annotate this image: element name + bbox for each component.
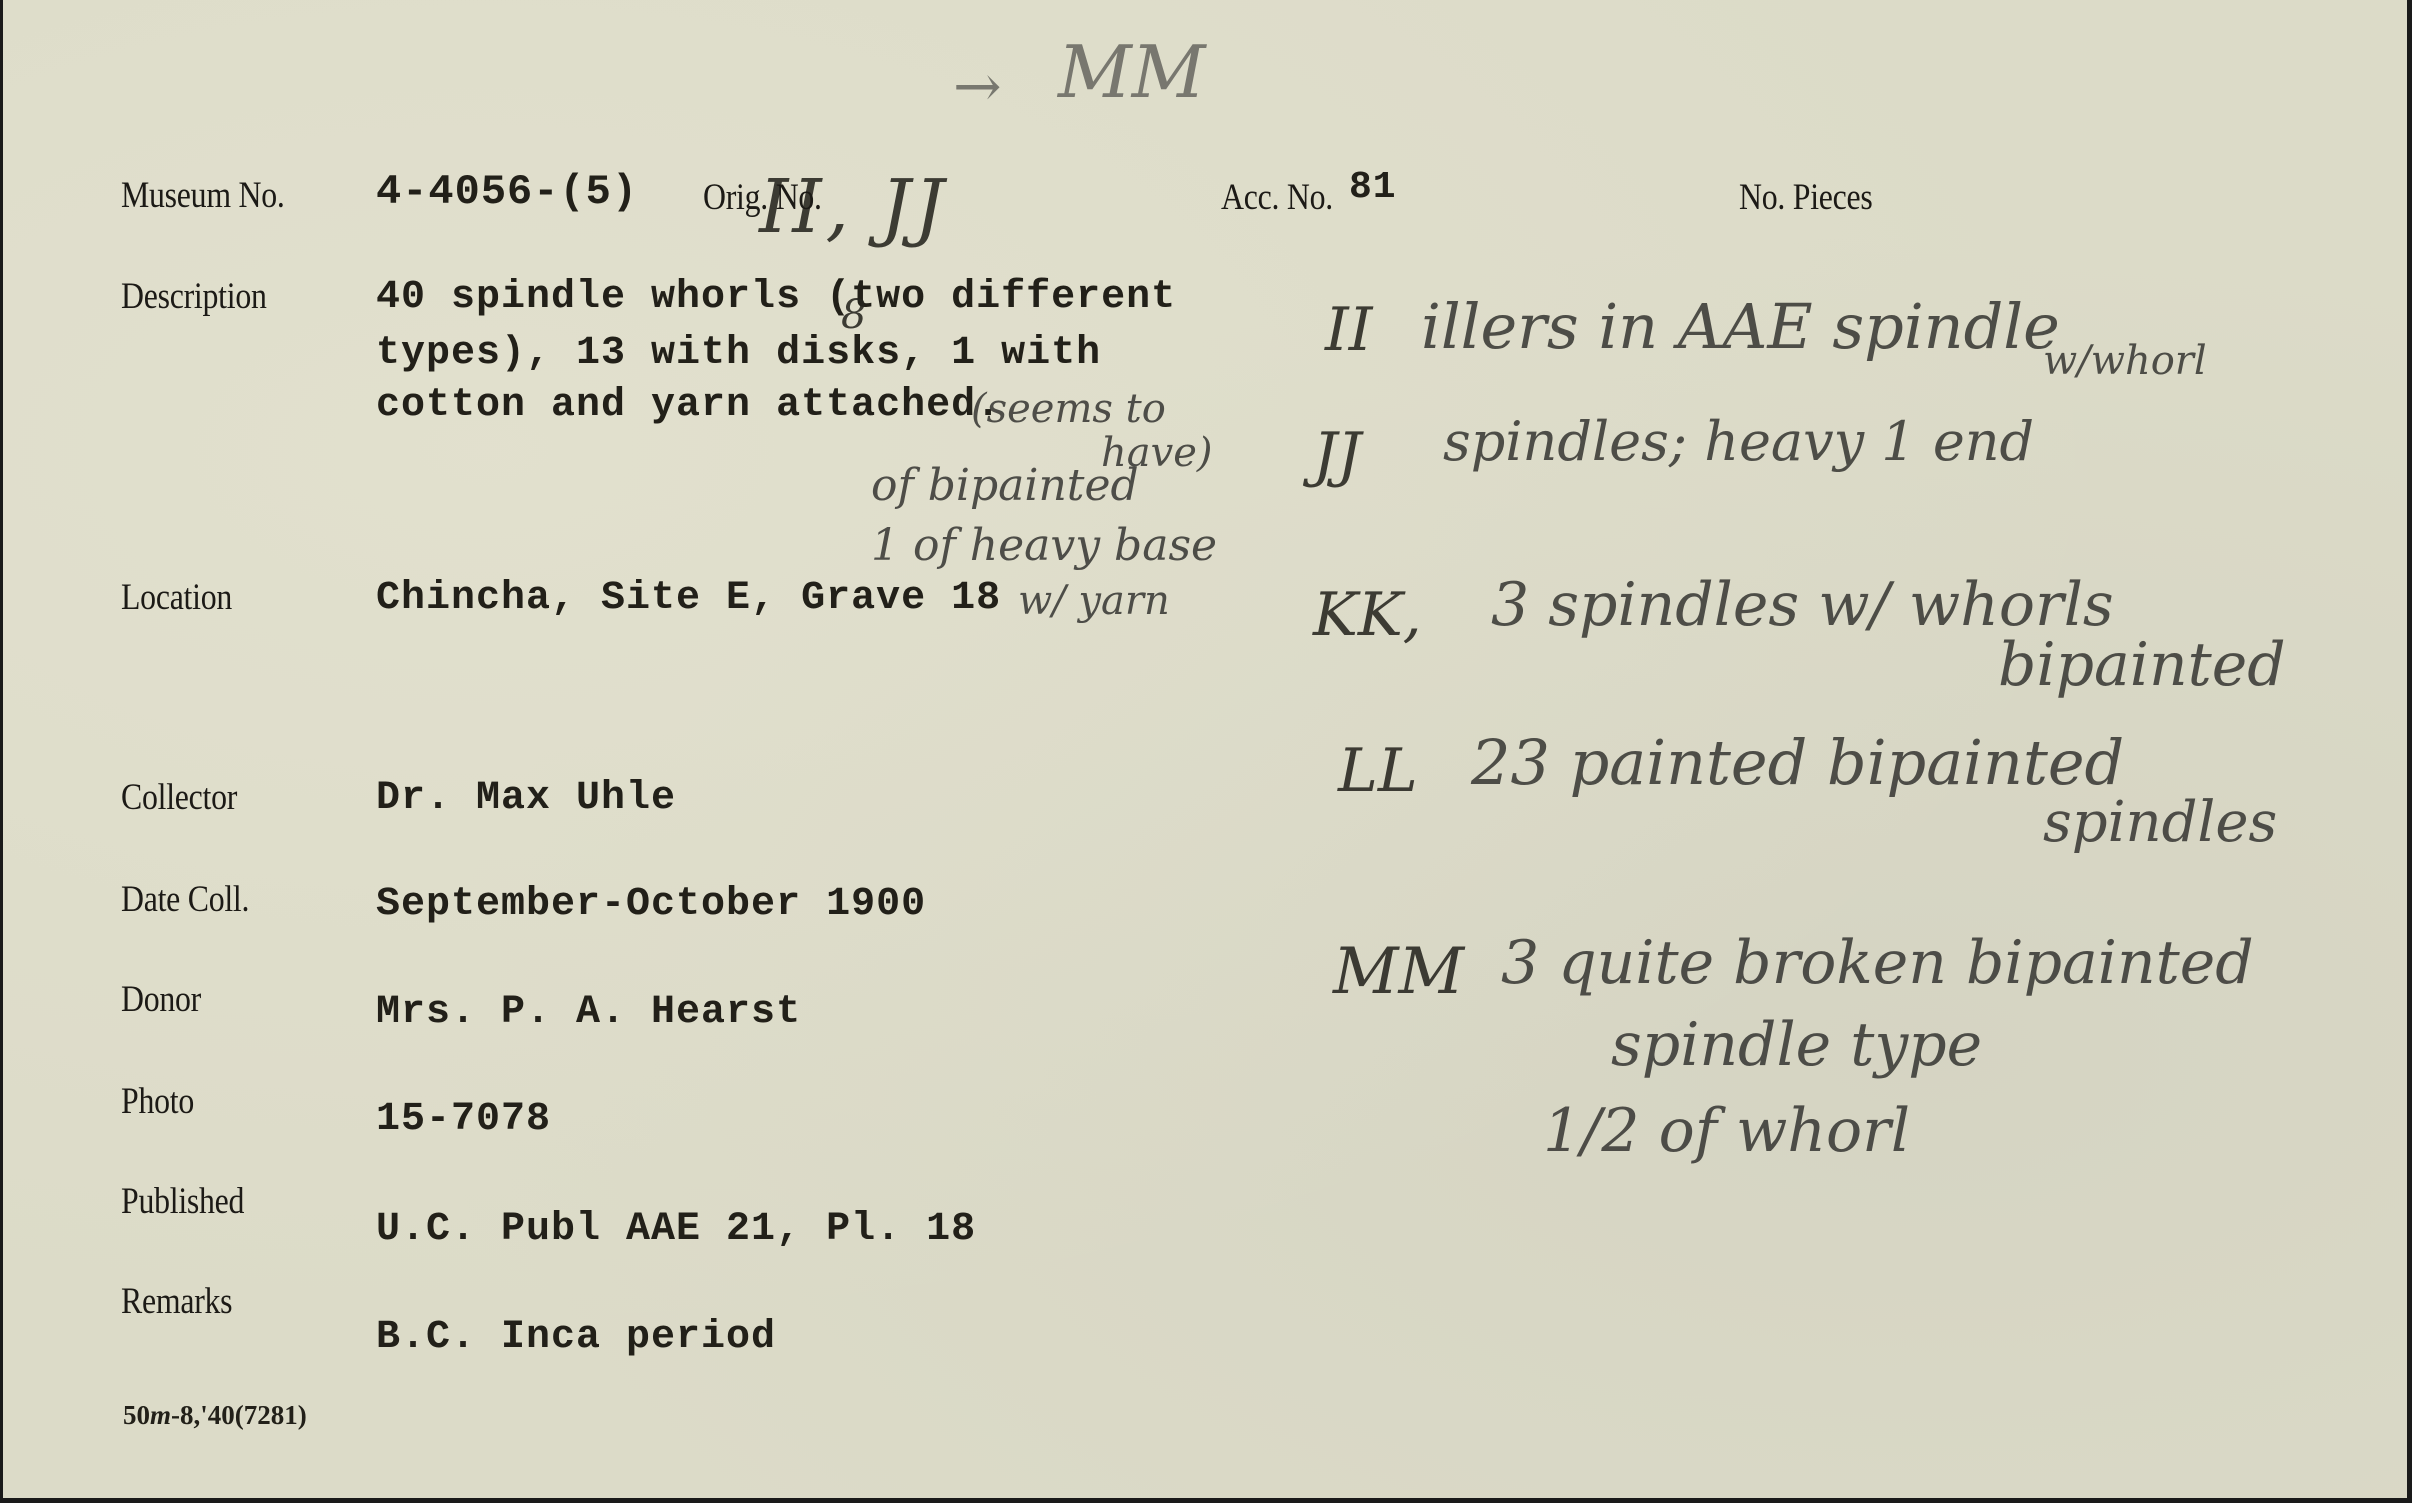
- published-label: Published: [121, 1180, 244, 1223]
- no-pieces-label: No. Pieces: [1739, 176, 1873, 219]
- remarks-label: Remarks: [121, 1280, 232, 1323]
- description-correction: 8: [841, 292, 866, 338]
- note-ll-line2: spindles: [2043, 790, 2277, 855]
- print-code-suffix: -8,'40(7281): [171, 1400, 307, 1430]
- note-mm-line1: 3 quite broken bipainted: [1501, 928, 2254, 998]
- description-label: Description: [121, 275, 267, 318]
- note-mm-code: MM: [1333, 935, 1464, 1009]
- collector-value: Dr. Max Uhle: [376, 776, 676, 821]
- print-code-m: m: [150, 1400, 171, 1430]
- margin-note-seems-to: (seems to: [971, 386, 1166, 432]
- note-mm-line2: spindle type: [1611, 1010, 1982, 1080]
- note-kk-line2: bipainted: [1998, 630, 2286, 700]
- collector-label: Collector: [121, 776, 237, 819]
- date-coll-label: Date Coll.: [121, 878, 249, 921]
- note-kk-code: KK,: [1313, 580, 1422, 650]
- museum-no-label: Museum No.: [121, 174, 285, 217]
- acc-no-value: 81: [1349, 166, 1397, 209]
- remarks-value: B.C. Inca period: [376, 1315, 776, 1360]
- margin-note-of-bipainted: of bipainted: [871, 460, 1139, 511]
- header-annotation-target: MM: [1058, 30, 1205, 114]
- location-label: Location: [121, 576, 232, 619]
- photo-value: 15-7078: [376, 1097, 551, 1142]
- donor-value: Mrs. P. A. Hearst: [376, 990, 801, 1035]
- description-line-1: 40 spindle whorls (two different: [376, 275, 1176, 320]
- published-value: U.C. Publ AAE 21, Pl. 18: [376, 1207, 976, 1252]
- arrow-right-icon: →: [953, 52, 1002, 120]
- acc-no-label: Acc. No.: [1221, 176, 1333, 219]
- print-code-prefix: 50: [123, 1400, 150, 1430]
- note-ii-line2: w/whorl: [2043, 338, 2207, 384]
- location-value: Chincha, Site E, Grave 18: [376, 576, 1001, 621]
- museum-no-value: 4-4056-(5): [376, 168, 638, 216]
- donor-label: Donor: [121, 978, 201, 1021]
- description-line-3: cotton and yarn attached.: [376, 383, 1001, 428]
- note-ll-line1: 23 painted bipainted: [1471, 726, 2124, 799]
- note-ii-code: II: [1325, 295, 1372, 365]
- catalog-card: II, JJ → MM Museum No. 4-4056-(5) Orig. …: [3, 0, 2407, 1498]
- margin-note-heavy-base: 1 of heavy base: [871, 520, 1217, 571]
- date-coll-value: September-October 1900: [376, 882, 926, 927]
- print-code: 50m-8,'40(7281): [123, 1400, 307, 1431]
- margin-note-with-yarn: w/ yarn: [1018, 578, 1170, 624]
- note-jj-line1: spindles; heavy 1 end: [1443, 410, 2034, 473]
- note-ii-line1: illers in AAE spindle: [1421, 290, 2060, 363]
- orig-no-label: Orig. No.: [703, 176, 822, 219]
- photo-label: Photo: [121, 1080, 194, 1123]
- description-line-2: types), 13 with disks, 1 with: [376, 331, 1101, 376]
- note-ll-code: LL: [1338, 736, 1418, 806]
- note-jj-code: JJ: [1313, 420, 1361, 490]
- note-mm-line3: 1/2 of whorl: [1543, 1096, 1910, 1166]
